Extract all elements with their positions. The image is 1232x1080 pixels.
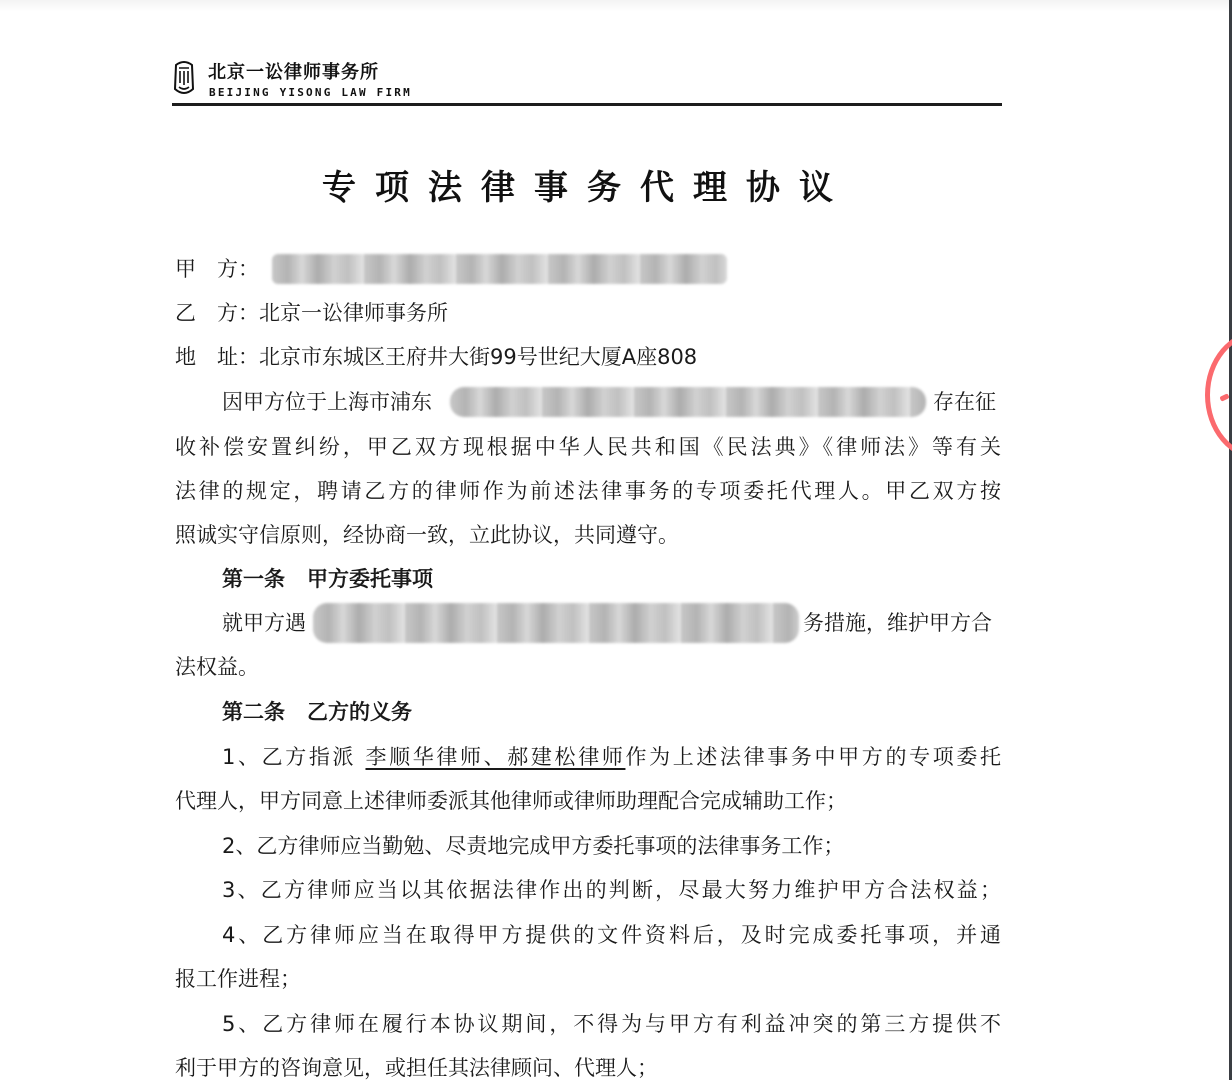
preamble-line-1-start: 因甲方位于上海市浦东 <box>222 387 432 417</box>
obligation-1-cont: 代理人，甲方同意上述律师委派其他律师或律师助理配合完成辅助工作； <box>175 786 847 816</box>
party-b-row: 乙 方：北京一讼律师事务所 <box>175 298 448 328</box>
obligation-5-cont: 利于甲方的咨询意见，或担任其法律顾问、代理人； <box>175 1053 658 1080</box>
firm-name-en: BEIJING YISONG LAW FIRM <box>209 86 412 99</box>
article-1-line-1-end: 务措施，维护甲方合 <box>803 608 992 638</box>
obligation-5: 5、乙方律师在履行本协议期间，不得为与甲方有利益冲突的第三方提供不 <box>222 1009 1001 1039</box>
preamble-redacted-location <box>450 387 926 417</box>
firm-seal-logo-icon <box>172 59 196 97</box>
preamble-line-2: 收补偿安置纠纷，甲乙双方现根据中华人民共和国《民法典》《律师法》等有关 <box>175 432 1001 462</box>
preamble-line-4: 照诚实守信原则，经协商一致，立此协议，共同遵守。 <box>175 520 679 550</box>
party-a-redacted-value <box>272 254 727 284</box>
party-a-row: 甲 方： <box>175 254 259 284</box>
article-2-number: 第二条 <box>222 700 285 724</box>
obligation-1-rest: 作为上述法律事务中甲方的专项委托 <box>625 745 1001 769</box>
obligation-1-prefix: 1、乙方指派 <box>222 745 356 769</box>
article-1-number: 第一条 <box>222 567 285 591</box>
page-top-shadow <box>0 0 1229 12</box>
party-b-label: 乙 方： <box>175 301 259 325</box>
assigned-lawyers: 李顺华律师、郝建松律师 <box>365 745 625 769</box>
article-1-line-2: 法权益。 <box>175 652 259 682</box>
obligation-4-cont: 报工作进程； <box>175 964 301 994</box>
obligation-1: 1、乙方指派 李顺华律师、郝建松律师作为上述法律事务中甲方的专项委托 <box>222 742 1001 772</box>
party-b-value: 北京一讼律师事务所 <box>259 301 448 325</box>
obligation-3: 3、乙方律师应当以其依据法律作出的判断，尽最大努力维护甲方合法权益； <box>222 875 1001 905</box>
party-a-label: 甲 方： <box>175 257 259 281</box>
preamble-line-3: 法律的规定，聘请乙方的律师作为前述法律事务的专项委托代理人。甲乙双方按 <box>175 476 1001 506</box>
header-divider <box>172 103 1002 106</box>
obligation-4: 4、乙方律师应当在取得甲方提供的文件资料后，及时完成委托事项，并通 <box>222 920 1001 950</box>
article-2-heading: 第二条乙方的义务 <box>222 697 412 727</box>
article-1-redacted-matter <box>313 603 799 643</box>
letterhead: 北京一讼律师事务所 BEIJING YISONG LAW FIRM <box>172 56 1002 108</box>
article-2-title: 乙方的义务 <box>307 700 412 724</box>
article-1-line-1-start: 就甲方遇 <box>222 608 306 638</box>
article-1-heading: 第一条甲方委托事项 <box>222 564 433 594</box>
address-row: 地 址：北京市东城区王府井大街99号世纪大厦A座808 <box>175 342 697 372</box>
article-1-title: 甲方委托事项 <box>307 567 433 591</box>
obligation-2: 2、乙方律师应当勤勉、尽责地完成甲方委托事项的法律事务工作； <box>222 831 844 861</box>
address-value: 北京市东城区王府井大街99号世纪大厦A座808 <box>259 345 697 369</box>
preamble-line-1-end: 存在征 <box>933 387 996 417</box>
firm-name-cn: 北京一讼律师事务所 <box>208 58 379 84</box>
document-title: 专项法律事务代理协议 <box>322 160 862 209</box>
address-label: 地 址： <box>175 345 259 369</box>
